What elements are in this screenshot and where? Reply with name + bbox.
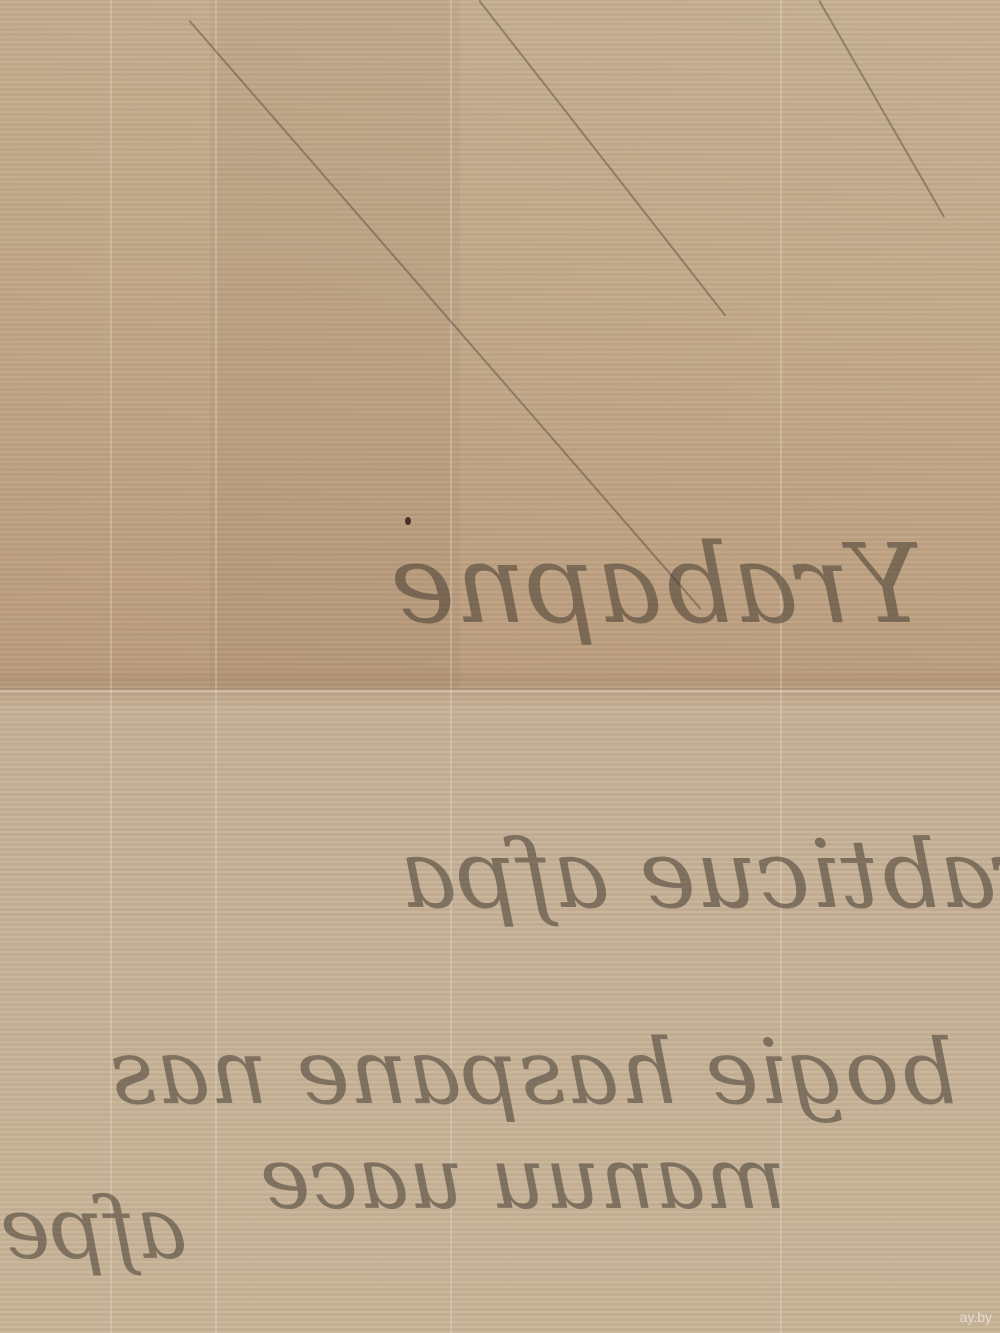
watermark: ay.by	[960, 1309, 992, 1325]
handwriting-line: bogie haspane nas	[110, 1020, 957, 1125]
chain-line	[110, 0, 112, 1333]
handwriting-line: Yrabapne	[390, 520, 923, 648]
handwriting-line: afpe	[0, 1180, 187, 1279]
fold-crease	[0, 688, 1000, 692]
chain-line	[215, 0, 217, 1333]
handwriting-line: robafrabticue afpa	[400, 820, 1000, 930]
handwriting-line: manuu uace	[260, 1130, 786, 1229]
